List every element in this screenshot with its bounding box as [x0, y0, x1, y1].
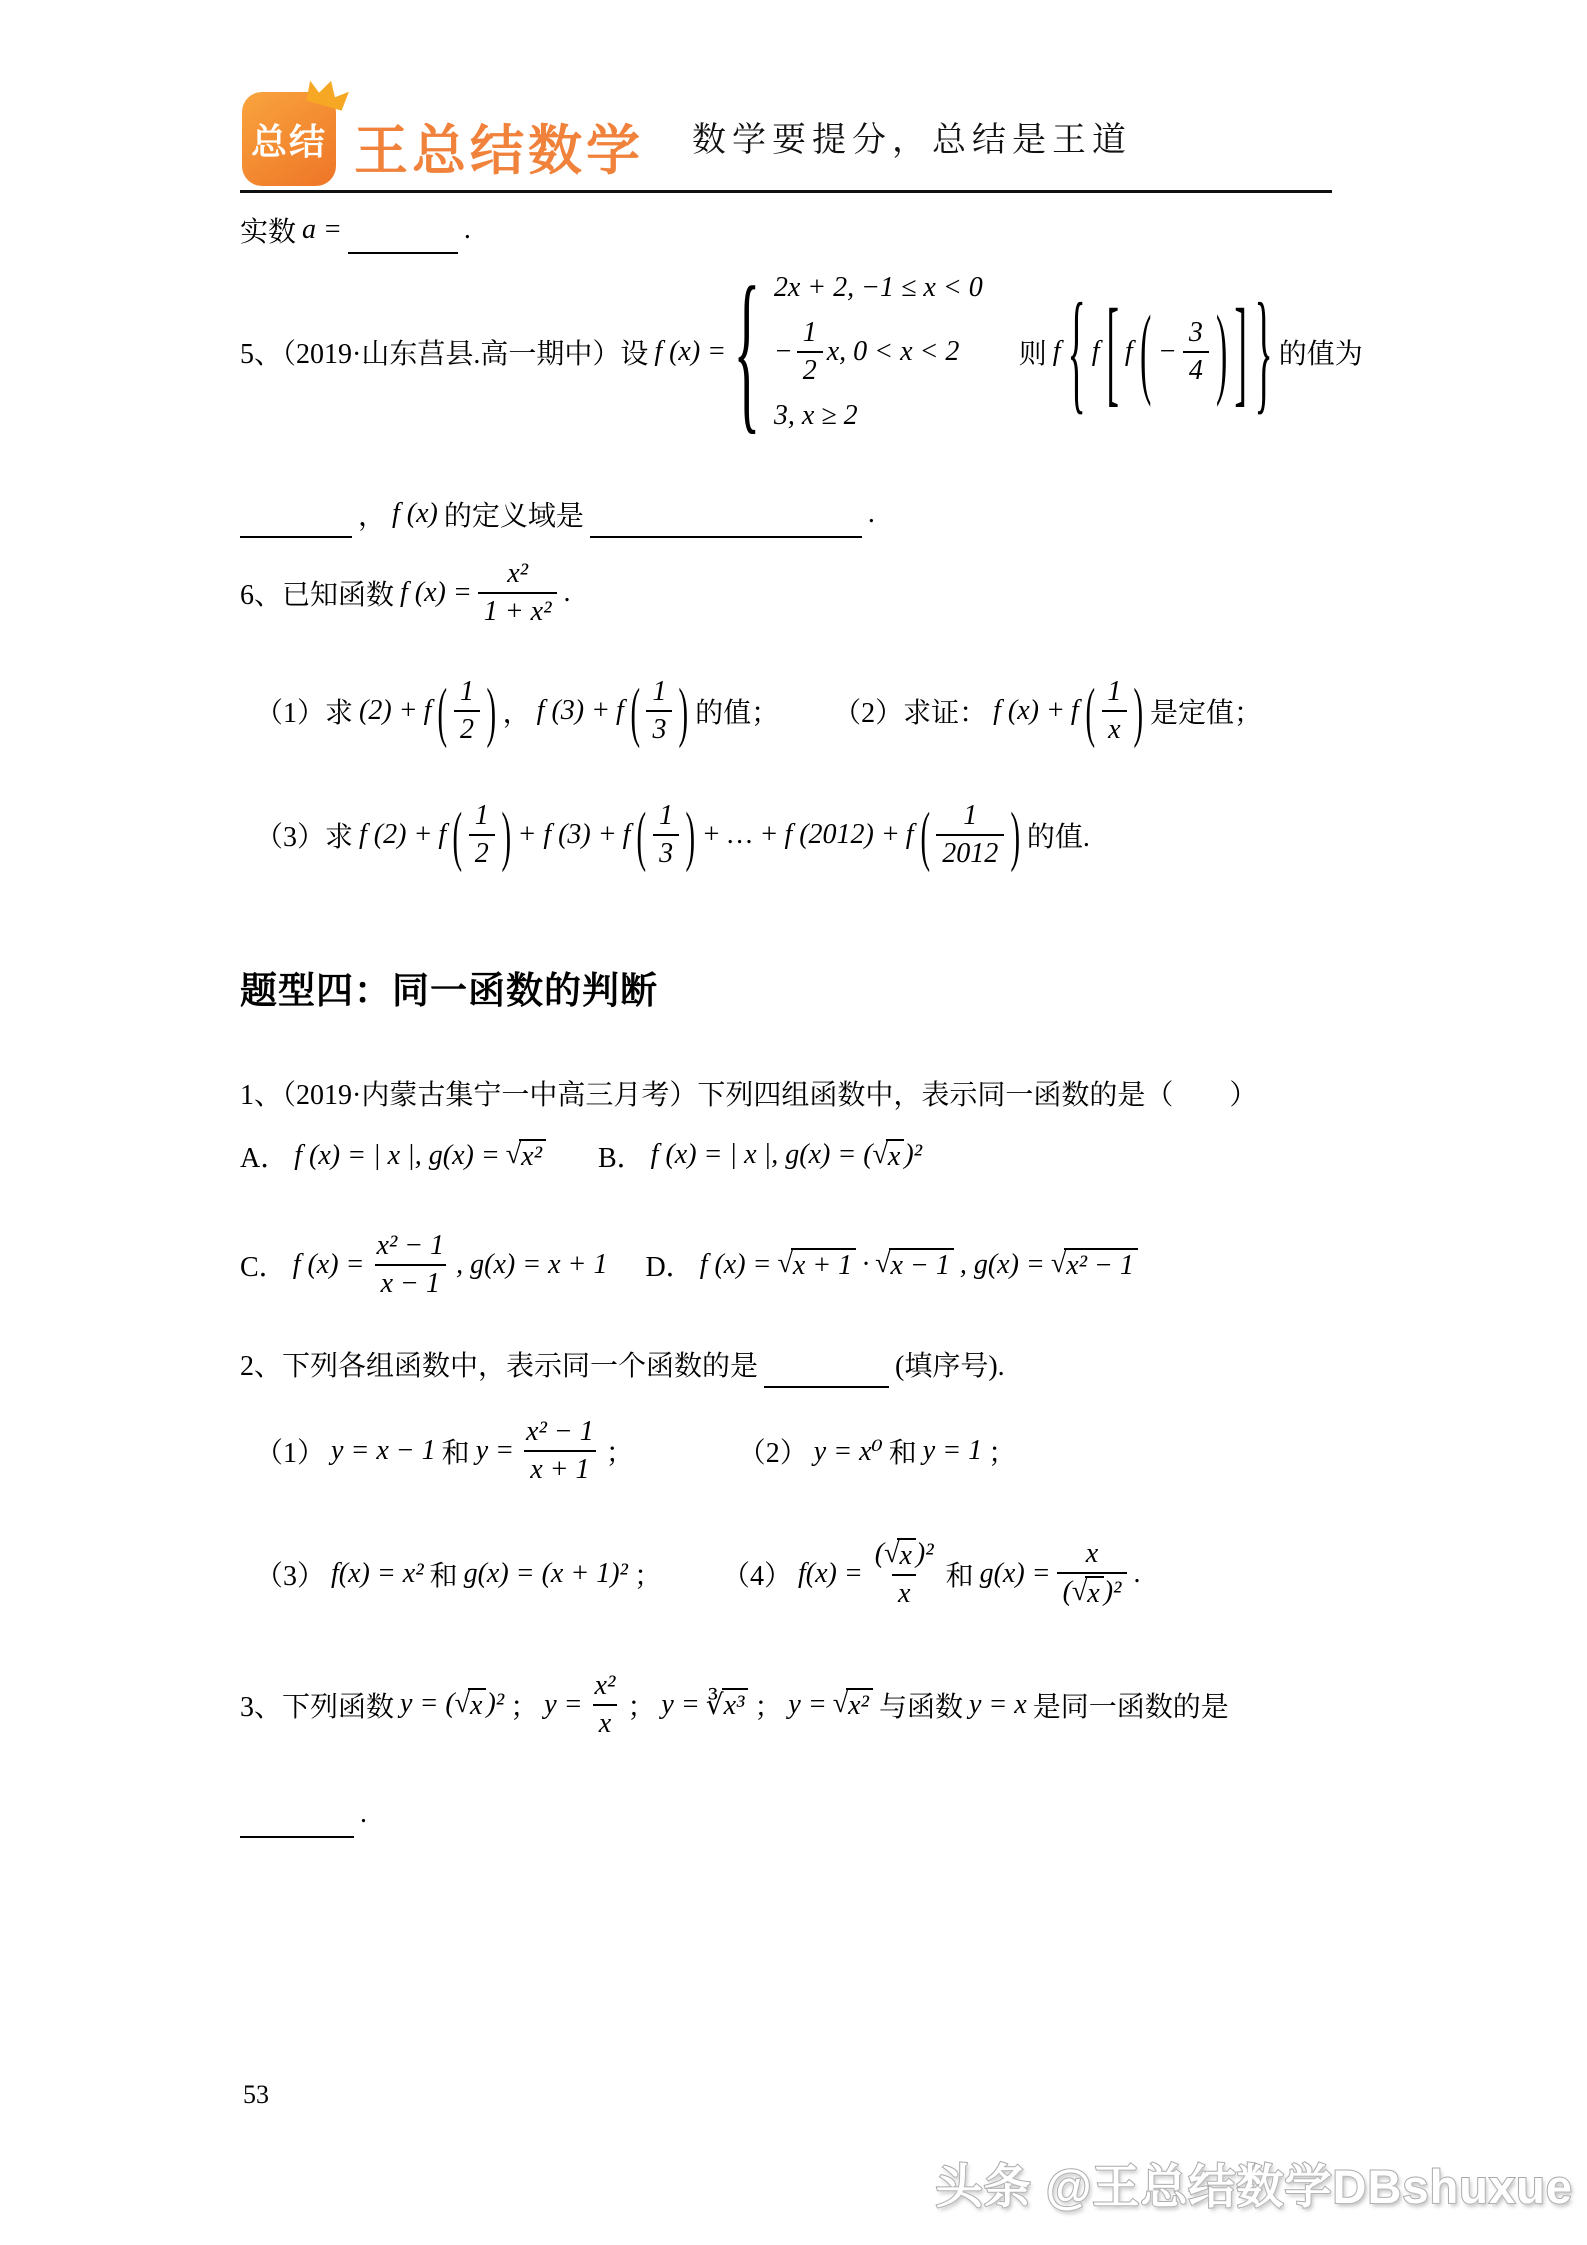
period: . — [464, 214, 471, 246]
question5-line: 5、（2019·山东莒县.高一期中）设 f (x) = { 2x + 2, −1… — [240, 272, 1363, 432]
part1-label: （1）求 — [255, 691, 353, 731]
item2-label: （2） — [738, 1431, 808, 1471]
t4-question1-stem: 1、（2019·内蒙古集宁一中高三月考）下列四组函数中，表示同一函数的是（ ） — [240, 1073, 1257, 1113]
question6-part-3: （3）求 f (2) + f ( 1 2 ) + f (3) + f ( 1 3… — [255, 800, 1090, 870]
math-expr: + f (3) + — [517, 819, 616, 851]
fraction-denominator: 3 — [646, 710, 672, 746]
watermark: 头条 @王总结数学DBshuxue — [936, 2150, 1573, 2217]
t4-q1-options-cd: C． f (x) = x² − 1 x − 1 , g(x) = x + 1 D… — [240, 1230, 1138, 1300]
fraction-numerator: x² − 1 — [370, 1230, 450, 1264]
fraction: x² x — [589, 1670, 622, 1740]
case-2: − 1 2 x, 0 < x < 2 — [774, 317, 960, 387]
brand-logo-badge: 总结 — [242, 92, 336, 186]
fraction: 1 x — [1101, 676, 1127, 746]
fraction-denominator: x — [1102, 710, 1126, 746]
period: . — [360, 1798, 367, 1830]
fraction: 1 3 — [653, 800, 679, 870]
text: 的值为 — [1279, 332, 1363, 372]
radical: √ x — [873, 1139, 905, 1173]
math-expr: g(x) = (x + 1)² — [464, 1558, 628, 1590]
case-3: 3, x ≥ 2 — [774, 400, 858, 432]
t4-q2-items-3-4: （3） f(x) = x² 和 g(x) = (x + 1)² ； （4） f(… — [255, 1538, 1140, 1610]
math-expr: f (2) + — [359, 819, 432, 851]
radical: √ x² − 1 — [1051, 1248, 1138, 1282]
fraction-numerator: ( √ x )² — [869, 1538, 940, 1574]
math-expr: )² — [916, 1538, 934, 1570]
text: 实数 — [240, 210, 296, 250]
math-expr: x, 0 < x < 2 — [827, 336, 960, 368]
item3-label: （3） — [255, 1554, 325, 1594]
left-paren: ( — [920, 801, 930, 868]
semicolon: ； — [510, 1685, 538, 1725]
right-paren: ) — [679, 677, 689, 744]
math-expr: f(x) = — [798, 1558, 863, 1590]
radicand: x + 1 — [791, 1248, 856, 1282]
option-a-expr: f (x) = | x |, g(x) = — [294, 1140, 500, 1172]
question6-stem: 6、已知函数 — [240, 573, 394, 613]
text: 的值； — [695, 691, 779, 731]
text: 2、下列各组函数中，表示同一个函数的是 — [240, 1344, 758, 1384]
math-expr: y = — [476, 1435, 514, 1467]
fraction: ( √ x )² x — [869, 1538, 940, 1610]
math-expr: f (x) + — [993, 695, 1065, 727]
crown-icon — [301, 72, 353, 119]
fraction-denominator: x — [892, 1574, 916, 1610]
question5-answer-line: ， f (x) 的定义域是 . — [240, 494, 875, 534]
fraction: x² − 1 x + 1 — [520, 1416, 600, 1486]
comma: ， — [503, 691, 531, 731]
f-symbol: f — [438, 819, 446, 851]
fraction: 1 2 — [454, 676, 480, 746]
math-expr: g(x) = — [980, 1558, 1051, 1590]
fraction-denominator: 2 — [454, 710, 480, 746]
question6-parts-1-2: （1）求 (2) + f ( 1 2 ) ， f (3) + f ( 1 3 )… — [255, 676, 1262, 746]
radicand: x² — [519, 1139, 546, 1173]
fraction: 1 3 — [646, 676, 672, 746]
section-title: 题型四：同一函数的判断 — [240, 960, 658, 1014]
math-expr: f (x) = — [654, 336, 726, 368]
option-d-label: D． — [645, 1245, 693, 1285]
text: 是定值； — [1150, 691, 1262, 731]
f-symbol: f — [1125, 336, 1133, 368]
item4-label: （4） — [722, 1554, 792, 1594]
right-paren: ) — [1134, 677, 1144, 744]
fraction-denominator: ( √ x )² — [1057, 1572, 1128, 1610]
t4-q2-items-1-2: （1） y = x − 1 和 y = x² − 1 x + 1 ； （2） y… — [255, 1416, 1016, 1486]
option-b-label: B． — [598, 1136, 645, 1176]
f-symbol: f — [424, 695, 432, 727]
text: 的定义域是 — [444, 494, 584, 534]
semicolon: ； — [988, 1431, 1016, 1471]
left-paren: ( — [453, 801, 463, 868]
text: 和 — [946, 1554, 974, 1594]
brand-name: 王总结数学 — [354, 108, 644, 185]
radicand: x² — [846, 1688, 873, 1722]
fraction-denominator: x — [593, 1704, 617, 1740]
math-expr: y = 1 — [923, 1435, 982, 1467]
fraction-denominator: x − 1 — [375, 1264, 446, 1300]
text: 与函数 — [879, 1685, 963, 1725]
right-paren: ) — [501, 801, 511, 868]
page-number: 53 — [243, 2080, 269, 2110]
math-expr: y = x⁰ — [814, 1434, 883, 1468]
fraction-denominator: 2012 — [936, 834, 1004, 870]
text: 和 — [442, 1431, 470, 1471]
header-divider — [240, 190, 1332, 193]
answer-blank — [240, 508, 352, 538]
text: 是同一函数的是 — [1033, 1685, 1229, 1725]
item1-label: （1） — [255, 1431, 325, 1471]
text: (填序号). — [895, 1344, 1005, 1384]
fraction-numerator: x² — [589, 1670, 622, 1704]
option-a-label: A． — [240, 1136, 288, 1176]
option-d-expr: f (x) = — [700, 1249, 772, 1281]
math-expr: y = x − 1 — [331, 1435, 436, 1467]
text: 和 — [889, 1431, 917, 1471]
worksheet-page: 总结 王总结数学 数学要提分，总结是王道 实数 a = . 5、（2019·山东… — [0, 0, 1587, 2245]
fraction: x ( √ x )² — [1057, 1538, 1128, 1610]
text: 的值. — [1027, 815, 1090, 855]
radical: √ x + 1 — [777, 1248, 856, 1282]
right-paren: ) — [1216, 301, 1227, 403]
right-paren: ) — [1011, 801, 1021, 868]
fraction-denominator: 2 — [797, 351, 823, 387]
math-expr: (2) + — [359, 695, 418, 727]
fraction-numerator: 1 — [646, 676, 672, 710]
radicand: x — [886, 1139, 904, 1173]
math-expr: a = — [302, 214, 342, 246]
fraction-numerator: 1 — [469, 800, 495, 834]
fraction-denominator: 1 + x² — [478, 592, 558, 628]
answer-blank — [240, 1808, 354, 1838]
semicolon: ； — [627, 1685, 655, 1725]
radicand: x² − 1 — [1064, 1248, 1138, 1282]
left-paren: ( — [1063, 1576, 1072, 1608]
fraction: 1 2012 — [936, 800, 1004, 870]
expr-1: y = ( √ x )² — [400, 1688, 504, 1722]
left-paren: ( — [637, 801, 647, 868]
fraction-numerator: x — [1080, 1538, 1104, 1572]
math-expr: y = — [661, 1689, 699, 1721]
math-expr: y = x — [969, 1689, 1027, 1721]
semicolon: ； — [634, 1554, 662, 1594]
radical: ∛ x³ — [706, 1688, 749, 1722]
math-expr: f (3) + — [537, 695, 610, 727]
fraction-denominator: 4 — [1183, 351, 1209, 387]
fraction-numerator: 1 — [653, 800, 679, 834]
right-bracket: ] — [1235, 292, 1248, 412]
radical: √ x — [884, 1538, 916, 1572]
question5-stem: 5、（2019·山东莒县.高一期中）设 — [240, 332, 648, 372]
logo-badge-text: 总结 — [251, 114, 327, 165]
left-paren: ( — [1140, 301, 1151, 403]
text: 1、（2019·内蒙古集宁一中高三月考）下列四组函数中，表示同一函数的是（ ） — [240, 1073, 1257, 1113]
fraction-numerator: 1 — [957, 800, 983, 834]
left-bracket: [ — [1106, 292, 1119, 412]
period: . — [868, 498, 875, 530]
radical: √ x — [455, 1688, 487, 1722]
answer-blank — [764, 1358, 889, 1388]
ellipsis: + … + — [702, 819, 779, 851]
math-expr: f (x) — [392, 498, 438, 530]
math-expr: f(x) = x² — [331, 1558, 424, 1590]
fraction-numerator: 1 — [1101, 676, 1127, 710]
radical: √ x² — [833, 1688, 873, 1722]
answer-blank — [590, 508, 862, 538]
math-expr: , g(x) = x + 1 — [456, 1249, 607, 1281]
period: . — [563, 577, 570, 609]
t4-question3-line: 3、下列函数 y = ( √ x )² ； y = x² x ； y = ∛ x… — [240, 1670, 1229, 1740]
radical: √ x — [1072, 1576, 1104, 1610]
piecewise-brace: { — [734, 262, 761, 442]
math-expr: y = ( — [400, 1688, 455, 1720]
f-symbol: f — [906, 819, 914, 851]
right-paren: ) — [487, 677, 497, 744]
left-paren: ( — [1085, 677, 1095, 744]
piecewise-cases: 2x + 2, −1 ≤ x < 0 − 1 2 x, 0 < x < 2 3,… — [774, 272, 983, 432]
text: 和 — [430, 1554, 458, 1594]
radicand: x − 1 — [889, 1248, 954, 1282]
radical: √ x − 1 — [875, 1248, 954, 1282]
t4-question2-stem: 2、下列各组函数中，表示同一个函数的是 (填序号). — [240, 1344, 1005, 1384]
math-expr: f (2012) + — [784, 819, 899, 851]
math-expr: )² — [486, 1688, 504, 1720]
fraction: x² 1 + x² — [478, 558, 558, 628]
question6-line: 6、已知函数 f (x) = x² 1 + x² . — [240, 558, 570, 628]
math-expr: , g(x) = — [960, 1249, 1045, 1281]
text: 则 — [1019, 332, 1047, 372]
option-c-expr: f (x) = — [293, 1249, 365, 1281]
option-b-expr: f (x) = | x |, g(x) = ( √ x )² — [651, 1139, 922, 1173]
semicolon: ； — [606, 1431, 634, 1471]
radicand: x³ — [722, 1688, 749, 1722]
dot-operator: · — [862, 1249, 869, 1281]
f-symbol: f — [616, 695, 624, 727]
fraction: 3 4 — [1183, 317, 1209, 387]
fraction-numerator: 1 — [454, 676, 480, 710]
fraction-numerator: x² — [501, 558, 534, 592]
minus-sign: − — [774, 336, 793, 368]
fraction-denominator: 2 — [469, 834, 495, 870]
f-symbol: f — [1053, 336, 1061, 368]
radicand: x — [468, 1688, 486, 1722]
t4-q1-options-ab: A． f (x) = | x |, g(x) = √ x² B． f (x) =… — [240, 1136, 922, 1176]
right-paren: ) — [686, 801, 696, 868]
comma: ， — [358, 494, 386, 534]
right-brace: } — [1254, 284, 1272, 420]
math-expr: f (x) = | x |, g(x) = ( — [651, 1139, 873, 1171]
f-symbol: f — [1071, 695, 1079, 727]
math-expr: )² — [904, 1139, 922, 1171]
radicand: x — [1085, 1576, 1103, 1610]
left-paren: ( — [630, 677, 640, 744]
case-1: 2x + 2, −1 ≤ x < 0 — [774, 272, 983, 304]
fraction-denominator: x + 1 — [524, 1450, 595, 1486]
radical: √ x² — [506, 1139, 546, 1173]
question3-stem: 3、下列函数 — [240, 1685, 394, 1725]
f-symbol: f — [1092, 336, 1100, 368]
semicolon: ； — [754, 1685, 782, 1725]
left-paren: ( — [875, 1538, 884, 1570]
minus-sign: − — [1158, 336, 1177, 368]
math-expr: )² — [1104, 1576, 1122, 1608]
fraction: x² − 1 x − 1 — [370, 1230, 450, 1300]
question4-answer-line: 实数 a = . — [240, 210, 471, 250]
math-expr: y = — [788, 1689, 826, 1721]
t4-question3-answer-line: . — [240, 1798, 367, 1830]
math-expr: y = — [544, 1689, 582, 1721]
option-c-label: C． — [240, 1245, 287, 1285]
brand-slogan: 数学要提分，总结是王道 — [692, 112, 1132, 161]
fraction-numerator: 1 — [797, 317, 823, 351]
fraction-numerator: x² − 1 — [520, 1416, 600, 1450]
math-expr: f (x) = — [400, 577, 472, 609]
answer-blank — [348, 224, 458, 254]
period: . — [1133, 1558, 1140, 1590]
fraction: 1 2 — [469, 800, 495, 870]
fraction-denominator: 3 — [653, 834, 679, 870]
fraction-numerator: 3 — [1183, 317, 1209, 351]
part2-label: （2）求证： — [833, 691, 987, 731]
f-symbol: f — [623, 819, 631, 851]
left-paren: ( — [438, 677, 448, 744]
left-brace: { — [1067, 284, 1085, 420]
part3-label: （3）求 — [255, 815, 353, 855]
radicand: x — [897, 1538, 915, 1572]
fraction: 1 2 — [797, 317, 823, 387]
